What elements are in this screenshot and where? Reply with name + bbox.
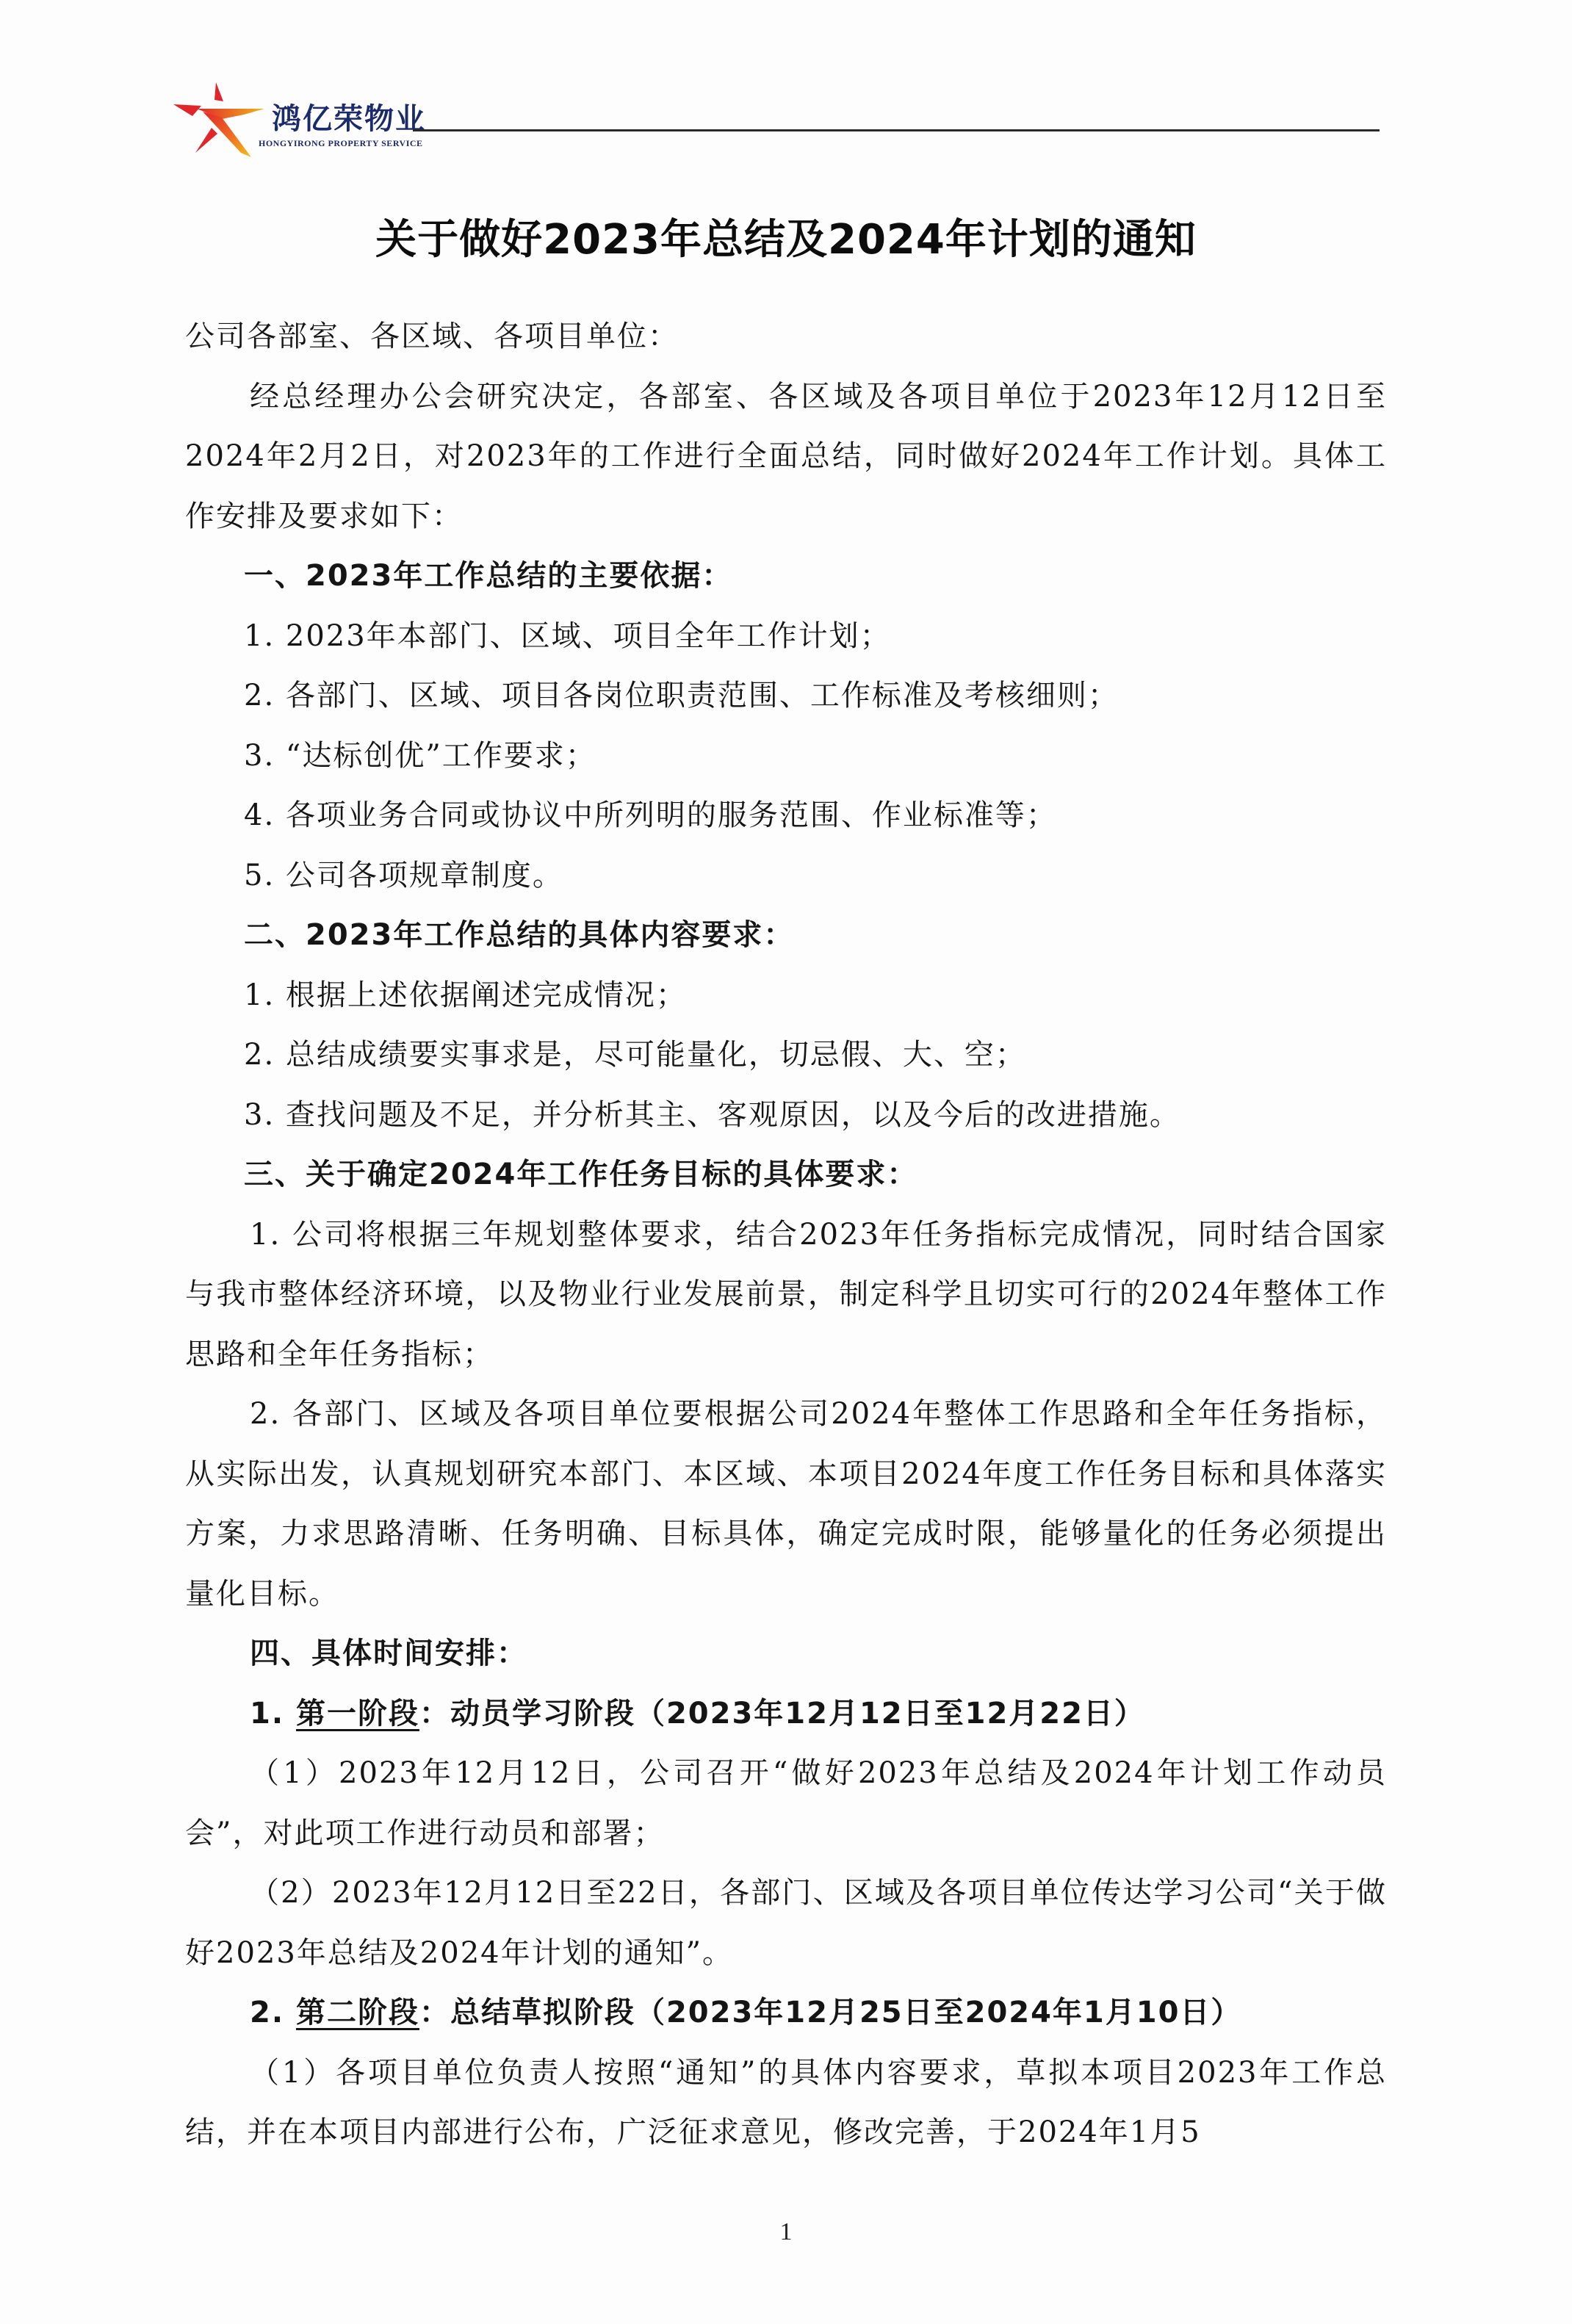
company-name-en: HONGYIRONG PROPERTY SERVICE (259, 138, 423, 149)
list-item: 1. 2023年本部门、区域、项目全年工作计划； (185, 607, 1387, 667)
company-name: 鸿亿荣物业 (272, 104, 426, 134)
intro-paragraph: 经总经理办公会研究决定，各部室、各区域及各项目单位于2023年12月12日至20… (185, 367, 1387, 547)
phase-label: 第二阶段 (296, 1996, 419, 2029)
list-item: 2. 总结成绩要实事求是，尽可能量化，切忌假、大、空； (185, 1025, 1387, 1086)
letterhead: 鸿亿荣物业 HONGYIRONG PROPERTY SERVICE (170, 79, 1382, 160)
list-item: 5. 公司各项规章制度。 (185, 846, 1387, 906)
phase-heading-1: 1. 第一阶段：动员学习阶段（2023年12月12日至12月22日） (185, 1684, 1387, 1744)
salutation: 公司各部室、各区域、各项目单位： (185, 307, 1387, 367)
phase-title: ：总结草拟阶段（2023年12月25日至2024年1月10日） (419, 1996, 1241, 2029)
page-number: 1 (0, 2218, 1572, 2246)
header-divider (413, 129, 1380, 131)
list-item: 3. 查找问题及不足，并分析其主、客观原因，以及今后的改进措施。 (185, 1086, 1387, 1146)
section-heading-1: 一、2023年工作总结的主要依据： (185, 546, 1387, 607)
list-item: 1. 公司将根据三年规划整体要求，结合2023年任务指标完成情况，同时结合国家与… (185, 1205, 1387, 1385)
list-item: 2. 各部门、区域及各项目单位要根据公司2024年整体工作思路和全年任务指标，从… (185, 1385, 1387, 1624)
phase-heading-2: 2. 第二阶段：总结草拟阶段（2023年12月25日至2024年1月10日） (185, 1983, 1387, 2043)
star-logo-icon (170, 79, 266, 160)
document-page: 鸿亿荣物业 HONGYIRONG PROPERTY SERVICE 关于做好20… (0, 0, 1572, 2324)
section-heading-2: 二、2023年工作总结的具体内容要求： (185, 906, 1387, 966)
phase-label: 第一阶段 (296, 1697, 419, 1731)
document-title: 关于做好2023年总结及2024年计划的通知 (0, 217, 1572, 263)
section-heading-3: 三、关于确定2024年工作任务目标的具体要求： (185, 1145, 1387, 1205)
phase-number: 1. (250, 1697, 296, 1731)
section-heading-4: 四、具体时间安排： (185, 1624, 1387, 1684)
list-item: 2. 各部门、区域、项目各岗位职责范围、工作标准及考核细则； (185, 666, 1387, 726)
phase-item: （2）2023年12月12日至22日，各部门、区域及各项目单位传达学习公司“关于… (185, 1863, 1387, 1983)
phase-item: （1）各项目单位负责人按照“通知”的具体内容要求，草拟本项目2023年工作总结，… (185, 2043, 1387, 2163)
phase-number: 2. (250, 1996, 296, 2029)
phase-title: ：动员学习阶段（2023年12月12日至12月22日） (419, 1697, 1145, 1731)
list-item: 1. 根据上述依据阐述完成情况； (185, 966, 1387, 1026)
document-body: 公司各部室、各区域、各项目单位： 经总经理办公会研究决定，各部室、各区域及各项目… (185, 307, 1387, 2163)
list-item: 3. “达标创优”工作要求； (185, 726, 1387, 787)
list-item: 4. 各项业务合同或协议中所列明的服务范围、作业标准等； (185, 786, 1387, 846)
phase-item: （1）2023年12月12日，公司召开“做好2023年总结及2024年计划工作动… (185, 1744, 1387, 1863)
